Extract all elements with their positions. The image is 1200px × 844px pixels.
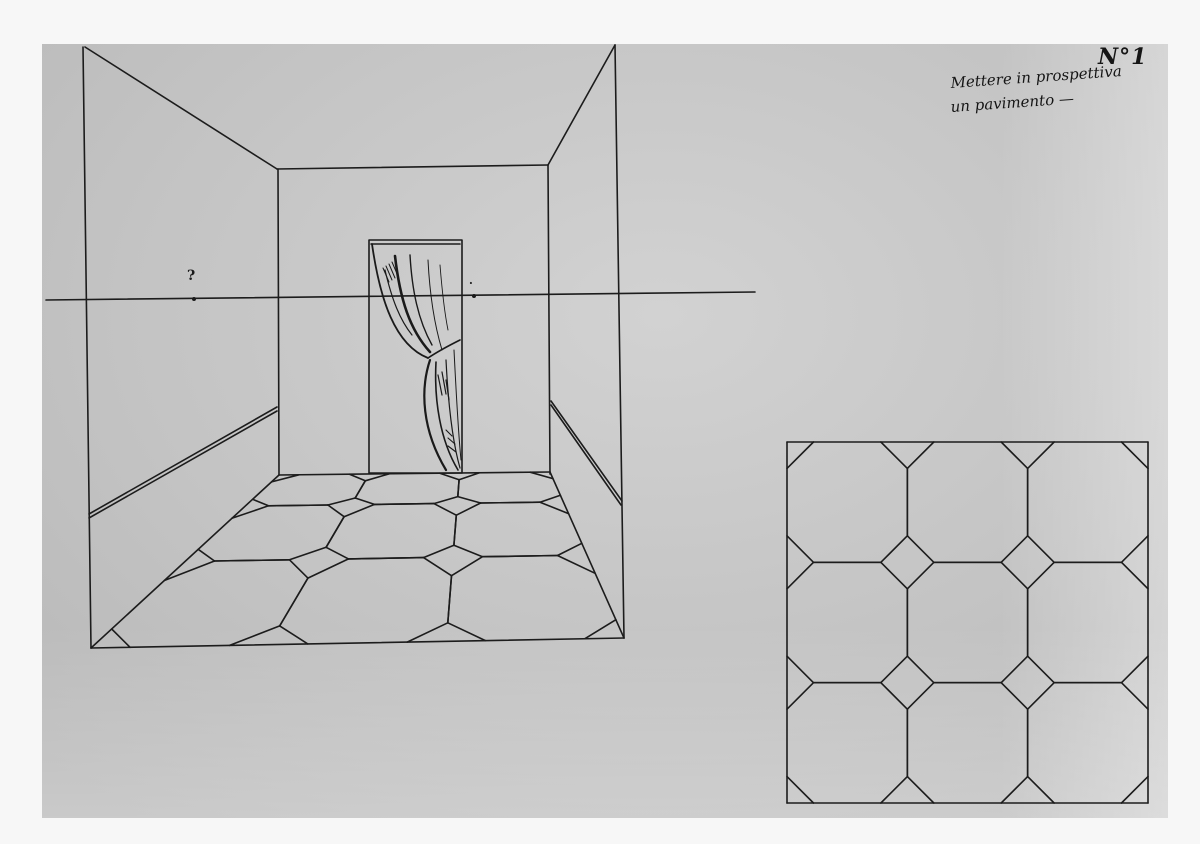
vanishing-point-mark: . [469, 274, 473, 287]
paper [42, 44, 1168, 818]
drawing-sheet [0, 0, 1200, 844]
distance-point-mark: ? [187, 268, 195, 284]
